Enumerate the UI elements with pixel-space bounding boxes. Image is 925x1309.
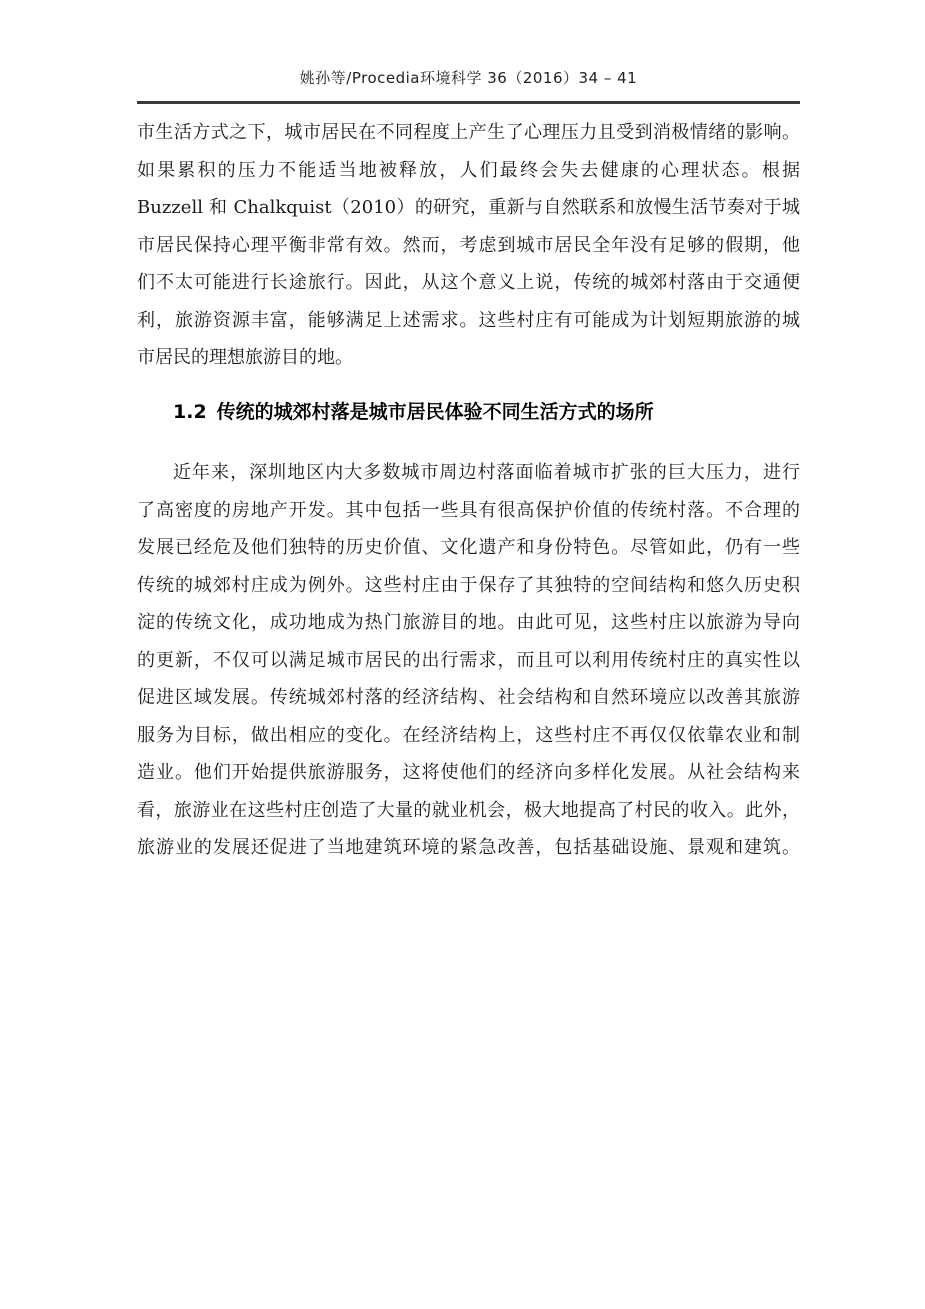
text-line: 服务为目标，做出相应的变化。在经济结构上，这些村庄不再仅仅依靠农业和制	[137, 717, 800, 755]
header-rule-divider	[137, 101, 800, 104]
text-line: Buzzell 和 Chalkquist（2010）的研究，重新与自然联系和放慢…	[137, 189, 800, 227]
text-line: 们不太可能进行长途旅行。因此，从这个意义上说，传统的城郊村落由于交通便	[137, 264, 800, 302]
text-line: 促进区域发展。传统城郊村落的经济结构、社会结构和自然环境应以改善其旅游	[137, 679, 800, 717]
section-heading-1-2: 1.2传统的城郊村落是城市居民体验不同生活方式的场所	[137, 399, 800, 426]
text-line: 了高密度的房地产开发。其中包括一些具有很高保护价值的传统村落。不合理的	[137, 492, 800, 530]
running-header-citation: 姚孙等/Procedia环境科学 36（2016）34 – 41	[137, 68, 800, 88]
text-line: 市生活方式之下，城市居民在不同程度上产生了心理压力且受到消极情绪的影响。	[137, 114, 800, 152]
text-line: 如果累积的压力不能适当地被释放，人们最终会失去健康的心理状态。根据	[137, 152, 800, 190]
section-number: 1.2	[173, 401, 207, 423]
paper-page: 姚孙等/Procedia环境科学 36（2016）34 – 41 市生活方式之下…	[0, 0, 925, 1309]
paragraph-section-1-2: 近年来，深圳地区内大多数城市周边村落面临着城市扩张的巨大压力，进行 了高密度的房…	[137, 454, 800, 867]
text-line: 造业。他们开始提供旅游服务，这将使他们的经济向多样化发展。从社会结构来	[137, 754, 800, 792]
text-line: 的更新，不仅可以满足城市居民的出行需求，而且可以利用传统村庄的真实性以	[137, 642, 800, 680]
text-line: 利，旅游资源丰富，能够满足上述需求。这些村庄有可能成为计划短期旅游的城	[137, 302, 800, 340]
text-line: 看，旅游业在这些村庄创造了大量的就业机会，极大地提高了村民的收入。此外，	[137, 792, 800, 830]
text-line: 发展已经危及他们独特的历史价值、文化遗产和身份特色。尽管如此，仍有一些	[137, 529, 800, 567]
text-line: 市居民的理想旅游目的地。	[137, 339, 800, 377]
text-line: 旅游业的发展还促进了当地建筑环境的紧急改善，包括基础设施、景观和建筑。	[137, 829, 800, 867]
text-line: 传统的城郊村庄成为例外。这些村庄由于保存了其独特的空间结构和悠久历史积	[137, 567, 800, 605]
text-line: 市居民保持心理平衡非常有效。然而，考虑到城市居民全年没有足够的假期，他	[137, 227, 800, 265]
text-line: 淀的传统文化，成功地成为热门旅游目的地。由此可见，这些村庄以旅游为导向	[137, 604, 800, 642]
section-title: 传统的城郊村落是城市居民体验不同生活方式的场所	[217, 401, 654, 423]
text-line: 近年来，深圳地区内大多数城市周边村落面临着城市扩张的巨大压力，进行	[137, 454, 800, 492]
paragraph-continuation: 市生活方式之下，城市居民在不同程度上产生了心理压力且受到消极情绪的影响。 如果累…	[137, 114, 800, 377]
